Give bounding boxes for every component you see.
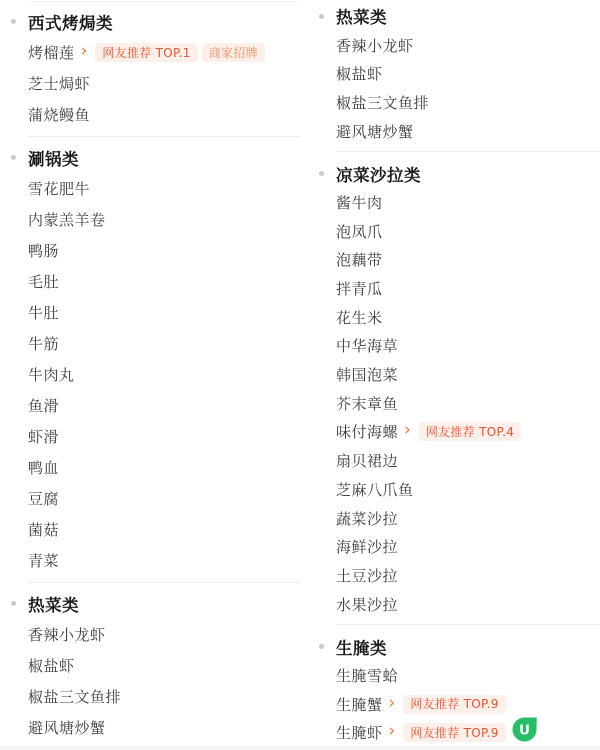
category-header: 凉菜沙拉类 (336, 159, 600, 188)
menu-item[interactable]: 鸭血 (28, 452, 300, 483)
menu-column-left: 西式烤焗类烤榴莲›网友推荐 TOP.1商家招牌芝士焗虾蒲烧鳗鱼涮锅类雪花肥牛内蒙… (0, 0, 300, 743)
menu-item-label: 牛肉丸 (28, 364, 75, 385)
menu-item[interactable]: 泡凤爪 (336, 217, 600, 246)
menu-item-label: 虾滑 (28, 426, 59, 447)
menu-item-label: 香辣小龙虾 (336, 35, 414, 56)
menu-item-label: 椒盐虾 (28, 655, 75, 676)
u-logo-watermark: U (511, 716, 538, 743)
menu-column-right: 热菜类香辣小龙虾椒盐虾椒盐三文鱼排避风塘炒蟹凉菜沙拉类酱牛肉泡凤爪泡藕带拌青瓜花… (308, 0, 600, 747)
menu-item-label: 水果沙拉 (336, 594, 398, 615)
menu-item-label: 泡凤爪 (336, 221, 383, 242)
menu-item-label: 豆腐 (28, 488, 59, 509)
bottom-edge-strip (0, 746, 600, 750)
menu-section: 凉菜沙拉类酱牛肉泡凤爪泡藕带拌青瓜花生米中华海草韩国泡菜芥末章鱼味付海螺›网友推… (336, 159, 600, 618)
section-divider (28, 582, 300, 583)
menu-item-label: 毛肚 (28, 271, 59, 292)
recommend-badge: 网友推荐 TOP.9 (403, 695, 505, 714)
menu-item-label: 鸭血 (28, 457, 59, 478)
menu-item[interactable]: 海鲜沙拉 (336, 532, 600, 561)
menu-item[interactable]: 椒盐虾 (28, 650, 300, 681)
menu-section: 热菜类香辣小龙虾椒盐虾椒盐三文鱼排避风塘炒蟹 (28, 588, 300, 743)
recommend-badge: 网友推荐 TOP.9 (403, 723, 505, 742)
menu-item-label: 青菜 (28, 550, 59, 571)
menu-item-label: 椒盐虾 (336, 63, 383, 84)
menu-item[interactable]: 味付海螺›网友推荐 TOP.4 (336, 418, 600, 447)
menu-item-label: 芥末章鱼 (336, 393, 398, 414)
chevron-right-icon: › (389, 695, 396, 712)
bullet-dot-icon (319, 14, 324, 19)
menu-item[interactable]: 菌菇 (28, 514, 300, 545)
menu-item-label: 生腌雪蛤 (336, 665, 398, 686)
menu-item[interactable]: 牛肚 (28, 297, 300, 328)
menu-item[interactable]: 芥末章鱼 (336, 389, 600, 418)
bullet-dot-icon (319, 171, 324, 176)
menu-item[interactable]: 鱼滑 (28, 390, 300, 421)
menu-item[interactable]: 牛筋 (28, 328, 300, 359)
menu-item[interactable]: 土豆沙拉 (336, 561, 600, 590)
u-logo-letter: U (519, 723, 530, 739)
menu-item[interactable]: 椒盐三文鱼排 (28, 681, 300, 712)
menu-item[interactable]: 生腌蟹›网友推荐 TOP.9 (336, 690, 600, 719)
shop-signature-badge: 商家招牌 (202, 43, 265, 62)
bullet-dot-icon (11, 601, 16, 606)
menu-item-label: 海鲜沙拉 (336, 536, 398, 557)
menu-item-label: 牛筋 (28, 333, 59, 354)
menu-item[interactable]: 扇贝裙边 (336, 446, 600, 475)
menu-item[interactable]: 香辣小龙虾 (28, 619, 300, 650)
section-divider (336, 151, 600, 152)
category-header-label: 热菜类 (28, 592, 79, 616)
menu-item-label: 韩国泡菜 (336, 364, 398, 385)
menu-item-label: 烤榴莲 (28, 42, 75, 63)
menu-section: 西式烤焗类烤榴莲›网友推荐 TOP.1商家招牌芝士焗虾蒲烧鳗鱼 (28, 6, 300, 130)
menu-item[interactable]: 韩国泡菜 (336, 360, 600, 389)
category-header-label: 生腌类 (336, 635, 387, 659)
section-divider (336, 624, 600, 625)
category-header-label: 凉菜沙拉类 (336, 162, 421, 186)
menu-item[interactable]: 芝士焗虾 (28, 68, 300, 99)
menu-item-label: 香辣小龙虾 (28, 624, 106, 645)
menu-item-label: 生腌虾 (336, 722, 383, 743)
menu-item[interactable]: 蒲烧鳗鱼 (28, 99, 300, 130)
menu-item[interactable]: 青菜 (28, 545, 300, 576)
menu-item-label: 避风塘炒蟹 (28, 717, 106, 738)
chevron-right-icon: › (389, 723, 396, 740)
menu-item[interactable]: 鸭肠 (28, 235, 300, 266)
recommend-badge: 网友推荐 TOP.1 (95, 43, 197, 62)
menu-item[interactable]: 虾滑 (28, 421, 300, 452)
menu-item-label: 拌青瓜 (336, 278, 383, 299)
menu-item-label: 中华海草 (336, 335, 398, 356)
menu-item-label: 鱼滑 (28, 395, 59, 416)
menu-item[interactable]: 内蒙羔羊卷 (28, 204, 300, 235)
menu-item-label: 雪花肥牛 (28, 178, 90, 199)
menu-item-label: 花生米 (336, 307, 383, 328)
menu-item-label: 菌菇 (28, 519, 59, 540)
menu-item[interactable]: 泡藕带 (336, 246, 600, 275)
menu-item-label: 避风塘炒蟹 (336, 121, 414, 142)
menu-item[interactable]: 雪花肥牛 (28, 173, 300, 204)
menu-item-label: 味付海螺 (336, 421, 398, 442)
menu-section: 热菜类香辣小龙虾椒盐虾椒盐三文鱼排避风塘炒蟹 (336, 2, 600, 145)
menu-item-label: 蔬菜沙拉 (336, 508, 398, 529)
bullet-dot-icon (11, 155, 16, 160)
category-header: 涮锅类 (28, 142, 300, 173)
menu-item-label: 鸭肠 (28, 240, 59, 261)
category-header-label: 热菜类 (336, 4, 387, 28)
dish-menu-page: 西式烤焗类烤榴莲›网友推荐 TOP.1商家招牌芝士焗虾蒲烧鳗鱼涮锅类雪花肥牛内蒙… (0, 0, 600, 750)
menu-item[interactable]: 芝麻八爪鱼 (336, 475, 600, 504)
menu-item-label: 土豆沙拉 (336, 565, 398, 586)
category-header: 热菜类 (28, 588, 300, 619)
menu-item-label: 酱牛肉 (336, 192, 383, 213)
menu-item[interactable]: 避风塘炒蟹 (336, 117, 600, 146)
menu-item-label: 泡藕带 (336, 249, 383, 270)
chevron-right-icon: › (404, 422, 411, 439)
menu-item-label: 芝士焗虾 (28, 73, 90, 94)
recommend-badge: 网友推荐 TOP.4 (419, 422, 521, 441)
menu-item[interactable]: 中华海草 (336, 332, 600, 361)
menu-item[interactable]: 豆腐 (28, 483, 300, 514)
category-header-label: 涮锅类 (28, 146, 79, 170)
category-header: 生腌类 (336, 632, 600, 661)
category-header: 热菜类 (336, 2, 600, 31)
menu-item[interactable]: 香辣小龙虾 (336, 31, 600, 60)
menu-item-label: 扇贝裙边 (336, 450, 398, 471)
menu-item[interactable]: 水果沙拉 (336, 590, 600, 619)
menu-item-label: 蒲烧鳗鱼 (28, 104, 90, 125)
menu-item[interactable]: 酱牛肉 (336, 188, 600, 217)
menu-item-label: 牛肚 (28, 302, 59, 323)
menu-item-label: 芝麻八爪鱼 (336, 479, 414, 500)
menu-item[interactable]: 蔬菜沙拉 (336, 504, 600, 533)
menu-item-label: 椒盐三文鱼排 (28, 686, 121, 707)
menu-item-label: 内蒙羔羊卷 (28, 209, 106, 230)
menu-item[interactable]: 椒盐三文鱼排 (336, 88, 600, 117)
menu-section: 涮锅类雪花肥牛内蒙羔羊卷鸭肠毛肚牛肚牛筋牛肉丸鱼滑虾滑鸭血豆腐菌菇青菜 (28, 142, 300, 576)
menu-item-label: 椒盐三文鱼排 (336, 92, 429, 113)
chevron-right-icon: › (81, 43, 88, 60)
menu-section: 生腌类生腌雪蛤生腌蟹›网友推荐 TOP.9生腌虾›网友推荐 TOP.9 (336, 632, 600, 747)
bullet-dot-icon (319, 644, 324, 649)
menu-item[interactable]: 椒盐虾 (336, 59, 600, 88)
menu-item[interactable]: 烤榴莲›网友推荐 TOP.1商家招牌 (28, 37, 300, 68)
section-divider (28, 136, 300, 137)
menu-item[interactable]: 避风塘炒蟹 (28, 712, 300, 743)
menu-item[interactable]: 拌青瓜 (336, 274, 600, 303)
menu-item[interactable]: 生腌虾›网友推荐 TOP.9 (336, 719, 600, 748)
menu-item[interactable]: 生腌雪蛤 (336, 661, 600, 690)
menu-item[interactable]: 花生米 (336, 303, 600, 332)
menu-item-label: 生腌蟹 (336, 694, 383, 715)
category-header: 西式烤焗类 (28, 6, 300, 37)
bullet-dot-icon (11, 19, 16, 24)
menu-item[interactable]: 毛肚 (28, 266, 300, 297)
menu-item[interactable]: 牛肉丸 (28, 359, 300, 390)
category-header-label: 西式烤焗类 (28, 10, 113, 34)
